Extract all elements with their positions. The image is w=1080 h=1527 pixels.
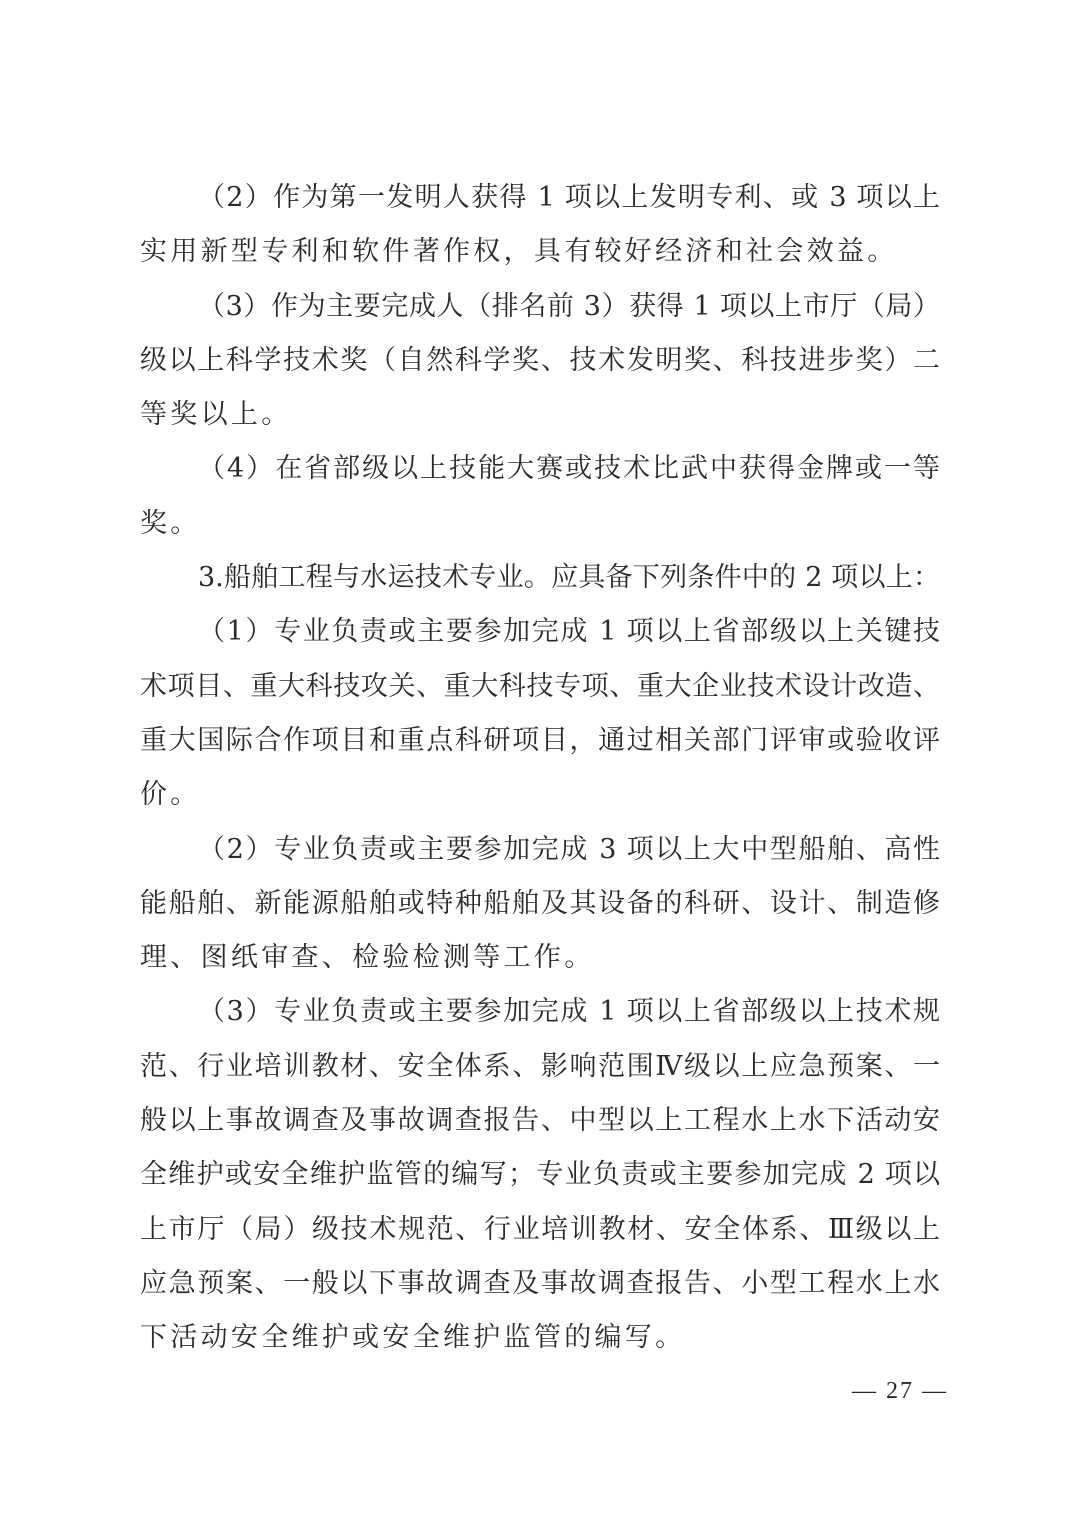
text-line: 上市厅（局）级技术规范、行业培训教材、安全体系、Ⅲ级以上 <box>140 1203 940 1257</box>
text-line: 能船舶、新能源船舶或特种船舶及其设备的科研、设计、制造修 <box>140 877 940 931</box>
text-line: （2）专业负责或主要参加完成 3 项以上大中型船舶、高性 <box>140 823 940 877</box>
text-line: 重大国际合作项目和重点科研项目，通过相关部门评审或验收评 <box>140 714 940 768</box>
document-page: （2）作为第一发明人获得 1 项以上发明专利、或 3 项以上 实用新型专利和软件… <box>0 0 1080 1527</box>
section-3-heading: 3.船舶工程与水运技术专业。应具备下列条件中的 2 项以上： <box>140 551 940 605</box>
text-line: 术项目、重大科技攻关、重大科技专项、重大企业技术设计改造、 <box>140 660 940 714</box>
paragraph-section-3-item-2: （2）专业负责或主要参加完成 3 项以上大中型船舶、高性 能船舶、新能源船舶或特… <box>140 823 940 986</box>
page-number: — 27 — <box>850 1378 950 1405</box>
paragraph-item-3-awards: （3）作为主要完成人（排名前 3）获得 1 项以上市厅（局） 级以上科学技术奖（… <box>140 280 940 443</box>
text-line: 奖。 <box>140 497 940 551</box>
text-line: （1）专业负责或主要参加完成 1 项以上省部级以上关键技 <box>140 605 940 659</box>
text-line: 般以上事故调查及事故调查报告、中型以上工程水上水下活动安 <box>140 1094 940 1148</box>
text-line: 理、图纸审查、检验检测等工作。 <box>140 931 940 985</box>
text-line: （3）作为主要完成人（排名前 3）获得 1 项以上市厅（局） <box>140 280 940 334</box>
text-line: 价。 <box>140 768 940 822</box>
text-line: 应急预案、一般以下事故调查及事故调查报告、小型工程水上水 <box>140 1257 940 1311</box>
text-line: 实用新型专利和软件著作权，具有较好经济和社会效益。 <box>140 225 940 279</box>
text-line: 3.船舶工程与水运技术专业。应具备下列条件中的 2 项以上： <box>140 551 940 605</box>
paragraph-section-3-item-1: （1）专业负责或主要参加完成 1 项以上省部级以上关键技 术项目、重大科技攻关、… <box>140 605 940 822</box>
paragraph-item-4-competition: （4）在省部级以上技能大赛或技术比武中获得金牌或一等 奖。 <box>140 442 940 551</box>
paragraph-item-2-patents: （2）作为第一发明人获得 1 项以上发明专利、或 3 项以上 实用新型专利和软件… <box>140 171 940 280</box>
document-body: （2）作为第一发明人获得 1 项以上发明专利、或 3 项以上 实用新型专利和软件… <box>140 171 940 1366</box>
text-line: （4）在省部级以上技能大赛或技术比武中获得金牌或一等 <box>140 442 940 496</box>
text-line: 等奖以上。 <box>140 388 940 442</box>
text-line: 范、行业培训教材、安全体系、影响范围Ⅳ级以上应急预案、一 <box>140 1040 940 1094</box>
text-line: 级以上科学技术奖（自然科学奖、技术发明奖、科技进步奖）二 <box>140 334 940 388</box>
text-line: （2）作为第一发明人获得 1 项以上发明专利、或 3 项以上 <box>140 171 940 225</box>
text-line: （3）专业负责或主要参加完成 1 项以上省部级以上技术规 <box>140 985 940 1039</box>
paragraph-section-3-item-3: （3）专业负责或主要参加完成 1 项以上省部级以上技术规 范、行业培训教材、安全… <box>140 985 940 1365</box>
text-line: 下活动安全维护或安全维护监管的编写。 <box>140 1311 940 1365</box>
text-line: 全维护或安全维护监管的编写；专业负责或主要参加完成 2 项以 <box>140 1148 940 1202</box>
